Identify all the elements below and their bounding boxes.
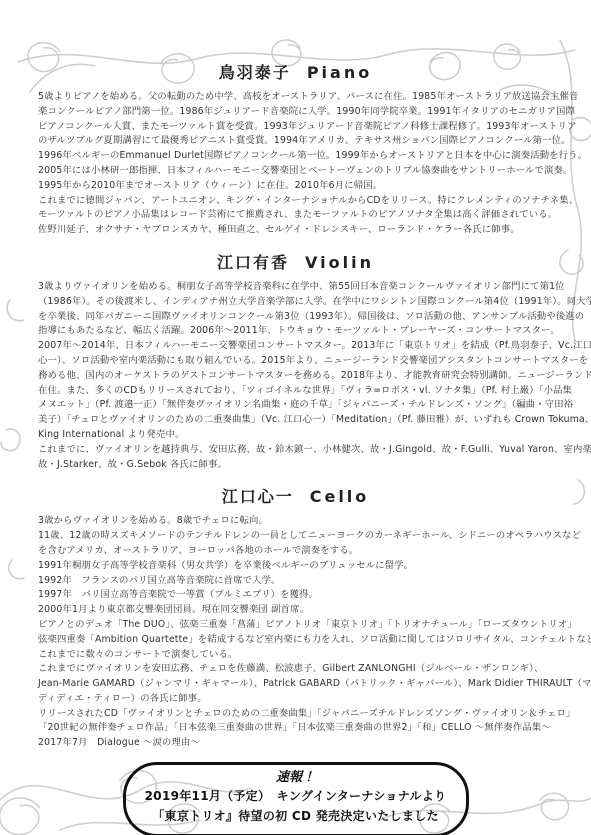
artist-heading-violin: 江口有香Violin (38, 250, 553, 273)
artist-section-cello: 江口心一Cello 3歳からヴァイオリンを始める。8歳でチェロに転向。11歳、1… (38, 484, 553, 751)
bio-line: 2005年には小林研一郎指揮、日本フィルハーモニー交響楽団とベートーヴェンのトリ… (38, 164, 553, 179)
bio-line: を卒業後、同年パガニーニ国際ヴァイオリンコンクール第3位（1993年）。帰国後は… (38, 310, 553, 325)
artist-bio-piano: 5歳よりピアノを始める。父の転勤のため中学、高校をオーストラリア、パースに在住。… (38, 90, 553, 238)
bio-line: 3歳からヴァイオリンを始める。8歳でチェロに転向。 (38, 514, 553, 529)
bio-line: King International より発売中。 (38, 428, 553, 443)
artist-name: 鳥羽泰子 (219, 63, 291, 82)
bio-line: （1986年）。その後渡米し、インディアナ州立大学音楽学部に入学。在学中にワシン… (38, 295, 553, 310)
announcement-line: 「東京トリオ』待望の初 CD 発売決定いたしました (138, 807, 454, 827)
bio-line: ピアノコンクール入賞、またモーツァルト賞を受賞。1993年ジュリアード音楽院ピア… (38, 120, 553, 135)
bio-line: 故・J.Starker、故・G.Sebok 各氏に師事。 (38, 458, 553, 473)
bio-line: 3歳よりヴァイオリンを始める。桐朋女子高等学校音楽科に在学中、第55回日本音楽コ… (38, 280, 553, 295)
bio-line: 1992年 フランスのパリ国立高等音楽院に首席で入学。 (38, 574, 553, 589)
bio-line: のザルツブルグ夏期講習にて最優秀ピアニスト賞受賞。1994年アメリカ、テキサス州… (38, 134, 553, 149)
bio-line: 2007年〜2014年、日本フィルハーモニー交響楽団コンサートマスター。2013… (38, 339, 553, 354)
bio-line: Jean-Marie GAMARD（ジャンマリ・ギャマール）、Patrick G… (38, 677, 553, 692)
bio-line: 11歳、12歳の時スズキメソードのテンチルドレンの一員としてニューヨークのカーネ… (38, 529, 553, 544)
artist-heading-piano: 鳥羽泰子Piano (38, 60, 553, 83)
announcement-line: 2019年11月（予定） キングインターナショナルより (138, 787, 454, 807)
artist-instrument: Cello (310, 487, 370, 506)
announcement-box: 速報！ 2019年11月（予定） キングインターナショナルより「東京トリオ』待望… (123, 762, 469, 835)
bio-line: 佐野川延子、オクサナ・ヤブロンスカヤ、種田直之、セルゲイ・ドレンスキー、ローラン… (38, 223, 553, 238)
bio-line: 「20世紀の無伴奏チェロ作品」「日本弦楽三重奏曲の世界」「日本弦楽三重奏曲の世界… (38, 721, 553, 736)
artist-name: 江口有香 (217, 253, 289, 272)
bio-line: 2000年1月より東京都交響楽団団員。現在同交響楽団 副首席。 (38, 603, 553, 618)
bio-line: メヌエット」（Pf. 渡邉一正）「無伴奏ヴァイオリン名曲集・庭の千草」「ジャパニ… (38, 398, 553, 413)
bio-line: 楽コンクールピアノ部門第一位。1986年ジュリアード音楽院に入学。1990年同学… (38, 105, 553, 120)
bio-line: 弦楽四重奏「Ambition Quartette」を結成するなど室内楽にも力を入… (38, 633, 553, 648)
artist-heading-cello: 江口心一Cello (38, 484, 553, 507)
artist-bio-violin: 3歳よりヴァイオリンを始める。桐朋女子高等学校音楽科に在学中、第55回日本音楽コ… (38, 280, 553, 472)
artist-instrument: Violin (305, 253, 374, 272)
artist-section-piano: 鳥羽泰子Piano 5歳よりピアノを始める。父の転勤のため中学、高校をオーストラ… (38, 60, 553, 238)
bio-line: 1996年ベルギーのEmmanuel Durlet国際ピアノコンクール第一位。1… (38, 149, 553, 164)
artist-instrument: Piano (307, 63, 372, 82)
bio-line: リリースされたCD「ヴァイオリンとチェロのための二重奏曲集」「ジャパニーズチルド… (38, 707, 553, 722)
bio-line: 1991年桐朋女子高等学校音楽科（男女共学）を卒業後ベルギーのブリュッセルに留学… (38, 559, 553, 574)
bio-line: 心一）、ソロ活動や室内楽活動にも取り組んでいる。2015年より、ニュージーランド… (38, 354, 553, 369)
bio-line: 指導にもあたるなど、幅広く活躍。2006年〜2011年、トウキョウ・モーツァルト… (38, 324, 553, 339)
bio-line: 美子）「チェロとヴァイオリンのための二重奏曲集」（Vc. 江口心一）「Medit… (38, 413, 553, 428)
artist-profiles: 鳥羽泰子Piano 5歳よりピアノを始める。父の転勤のため中学、高校をオーストラ… (0, 0, 591, 751)
announcement-body: 2019年11月（予定） キングインターナショナルより「東京トリオ』待望の初 C… (138, 787, 454, 826)
bio-line: これまでに徳間ジャパン、アートユニオン、キング・インターナショナルからCDをリリ… (38, 194, 553, 209)
artist-bio-cello: 3歳からヴァイオリンを始める。8歳でチェロに転向。11歳、12歳の時スズキメソー… (38, 514, 553, 751)
bio-line: ピアノとのデュオ「The DUO」、弦楽三重奏「菖蒲」ピアノトリオ「東京トリオ」… (38, 618, 553, 633)
bio-line: ディディエ・ティロー）の各氏に師事。 (38, 692, 553, 707)
bio-line: これまでに、ヴァイオリンを越持典与、安田広務、故・鈴木鎮一、小林健次、故・J.G… (38, 443, 553, 458)
bio-line: 1997年 パリ国立高等音楽院で一等賞（プルミエプリ）を獲得。 (38, 588, 553, 603)
bio-line: を含むアメリカ、オーストラリア、ヨーロッパ各地のホールで演奏をする。 (38, 544, 553, 559)
bio-line: 1995年から2010年までオーストリア（ウィーン）に在住。2010年6月に帰国… (38, 179, 553, 194)
artist-name: 江口心一 (222, 487, 294, 506)
bio-line: これまでにヴァイオリンを安田広務、チェロを佐藤満、松波恵子、Gilbert ZA… (38, 662, 553, 677)
artist-section-violin: 江口有香Violin 3歳よりヴァイオリンを始める。桐朋女子高等学校音楽科に在学… (38, 250, 553, 472)
bio-line: 務める他、国内のオーケストラのゲストコンサートマスターを務める。2018年より、… (38, 369, 553, 384)
bio-line: 2017年7月 Dialogue 〜涙の理由〜 (38, 736, 553, 751)
announcement-title: 速報！ (138, 769, 454, 787)
bio-line: 在住。また、多くのCDもリリースされており、「ツィゴイネルな世界」「ヴィラ=ロボ… (38, 384, 553, 399)
bio-line: モーツァルトのピアノ小品集はレコード芸術にて推薦され、またモーツァルトのピアノソ… (38, 208, 553, 223)
bio-line: 5歳よりピアノを始める。父の転勤のため中学、高校をオーストラリア、パースに在住。… (38, 90, 553, 105)
bio-line: これまでに数々のコンサートで演奏している。 (38, 648, 553, 663)
program-page: 鳥羽泰子Piano 5歳よりピアノを始める。父の転勤のため中学、高校をオーストラ… (0, 0, 591, 835)
